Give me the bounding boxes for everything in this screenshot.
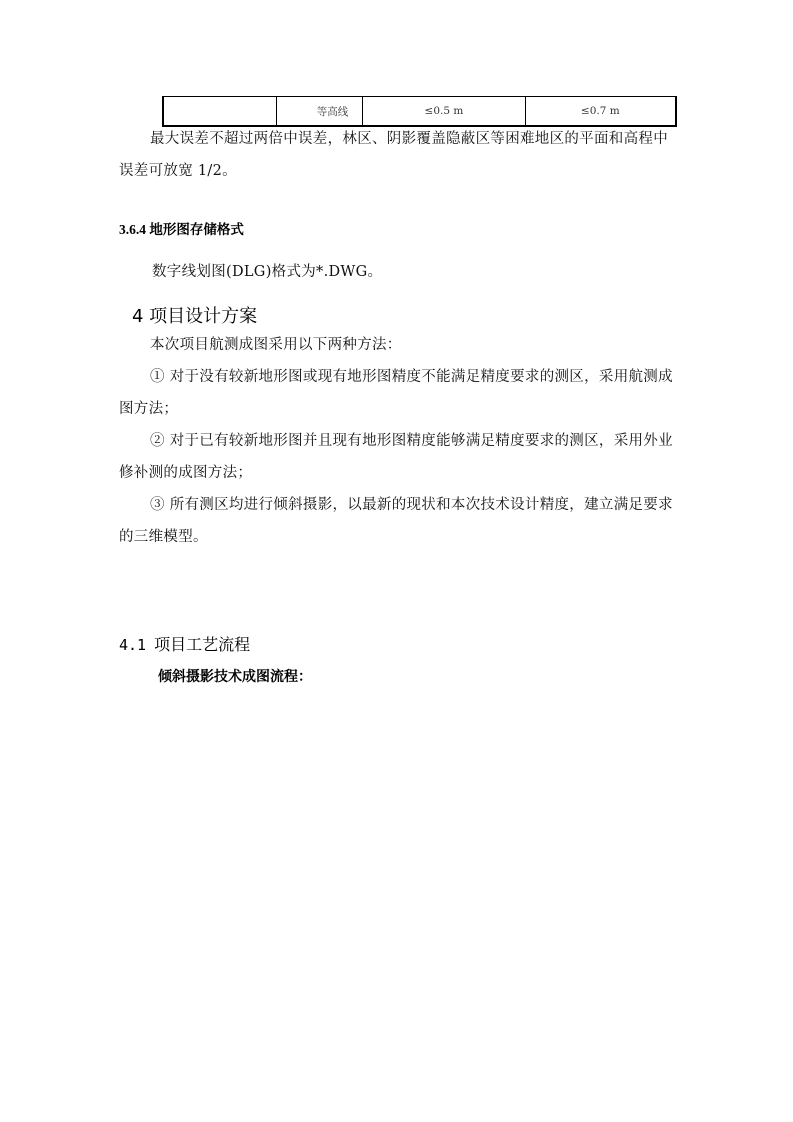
section-4-1-title: 项目工艺流程: [154, 635, 250, 654]
table-cell-value-2: ≤0.7 m: [526, 97, 675, 125]
section-4-intro: 本次项目航测成图采用以下两种方法：: [150, 334, 402, 356]
section-4-1-heading: 4.1项目工艺流程: [119, 632, 250, 655]
table-cell-contour: 等高线: [277, 97, 364, 125]
max-error-paragraph-line1: 最大误差不超过两倍中误差，林区、阴影覆盖隐蔽区等困难地区的平面和高程中: [150, 128, 668, 150]
oblique-photo-flow-label: 倾斜摄影技术成图流程：: [158, 666, 312, 686]
table-cell-empty: [164, 97, 277, 125]
section-3-6-4-text: 数字线划图(DLG)格式为*.DWG。: [152, 261, 382, 283]
accuracy-table-fragment: 等高线 ≤0.5 m ≤0.7 m: [162, 96, 677, 127]
section-4-1-number: 4.1: [119, 636, 146, 654]
max-error-paragraph-line2: 误差可放宽 1/2。: [119, 160, 237, 182]
method-item-1-line2: 图方法；: [119, 398, 178, 420]
method-item-3-line2: 的三维模型。: [119, 526, 208, 548]
method-item-2-line1: ② 对于已有较新地形图并且现有地形图精度能够满足精度要求的测区，采用外业: [150, 430, 673, 452]
method-item-1-line1: ① 对于没有较新地形图或现有地形图精度不能满足精度要求的测区，采用航测成: [150, 366, 673, 388]
method-item-3-line1: ③ 所有测区均进行倾斜摄影，以最新的现状和本次技术设计精度，建立满足要求: [150, 494, 673, 516]
section-4-heading: 4 项目设计方案: [132, 302, 257, 328]
table-cell-value-1: ≤0.5 m: [363, 97, 525, 125]
section-3-6-4-heading: 3.6.4 地形图存储格式: [119, 218, 244, 238]
method-item-2-line2: 修补测的成图方法；: [119, 462, 252, 484]
